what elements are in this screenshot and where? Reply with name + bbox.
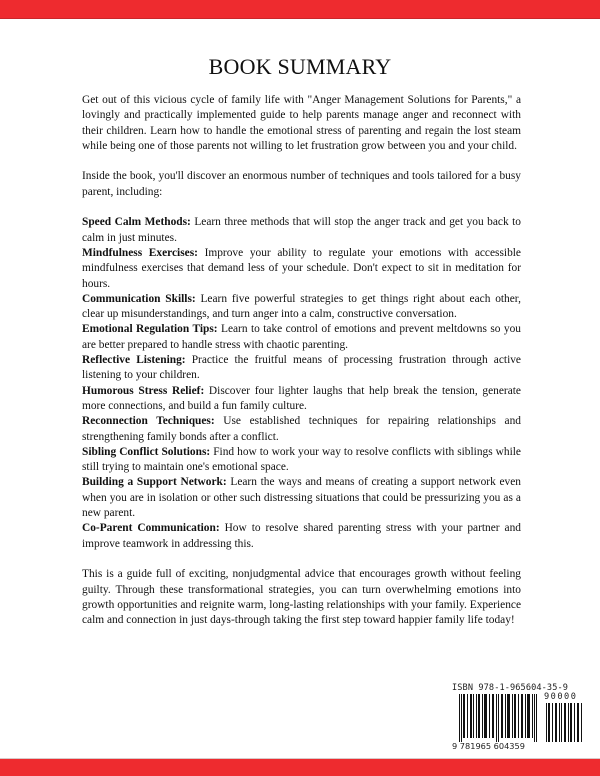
isbn-barcode: ISBN 978-1-965604-35-9 90000 bbox=[452, 683, 584, 753]
feature-title: Speed Calm Methods: bbox=[82, 216, 191, 228]
closing-paragraph: This is a guide full of exciting, nonjud… bbox=[82, 567, 521, 628]
top-red-band bbox=[0, 0, 600, 19]
barcode-main-bars-icon bbox=[459, 694, 537, 742]
page-title: BOOK SUMMARY bbox=[0, 54, 600, 80]
feature-title: Co-Parent Communication: bbox=[82, 522, 220, 534]
feature-item: Mindfulness Exercises: Improve your abil… bbox=[82, 246, 521, 292]
intro-paragraph: Get out of this vicious cycle of family … bbox=[82, 93, 521, 154]
feature-title: Sibling Conflict Solutions: bbox=[82, 446, 210, 458]
bottom-red-band bbox=[0, 758, 600, 776]
feature-item: Building a Support Network: Learn the wa… bbox=[82, 475, 521, 521]
lead-in-paragraph: Inside the book, you'll discover an enor… bbox=[82, 169, 521, 200]
feature-title: Mindfulness Exercises: bbox=[82, 247, 198, 259]
feature-title: Reflective Listening: bbox=[82, 354, 186, 366]
feature-title: Emotional Regulation Tips: bbox=[82, 323, 218, 335]
barcode-addon-bars-icon bbox=[546, 703, 582, 742]
feature-item: Reconnection Techniques: Use established… bbox=[82, 414, 521, 445]
feature-item: Reflective Listening: Practice the fruit… bbox=[82, 353, 521, 384]
paragraph-gap bbox=[82, 552, 521, 567]
feature-item: Co-Parent Communication: How to resolve … bbox=[82, 521, 521, 552]
feature-title: Communication Skills: bbox=[82, 293, 196, 305]
feature-title: Building a Support Network: bbox=[82, 476, 227, 488]
feature-title: Humorous Stress Relief: bbox=[82, 385, 204, 397]
feature-item: Sibling Conflict Solutions: Find how to … bbox=[82, 445, 521, 476]
price-code: 90000 bbox=[544, 692, 577, 702]
feature-item: Humorous Stress Relief: Discover four li… bbox=[82, 384, 521, 415]
paragraph-gap bbox=[82, 200, 521, 215]
ean-digits: 9 781965 604359 bbox=[452, 741, 525, 751]
feature-item: Communication Skills: Learn five powerfu… bbox=[82, 292, 521, 323]
feature-item: Speed Calm Methods: Learn three methods … bbox=[82, 215, 521, 246]
feature-title: Reconnection Techniques: bbox=[82, 415, 215, 427]
summary-body: Get out of this vicious cycle of family … bbox=[82, 93, 521, 628]
paragraph-gap bbox=[82, 154, 521, 169]
feature-item: Emotional Regulation Tips: Learn to take… bbox=[82, 322, 521, 353]
